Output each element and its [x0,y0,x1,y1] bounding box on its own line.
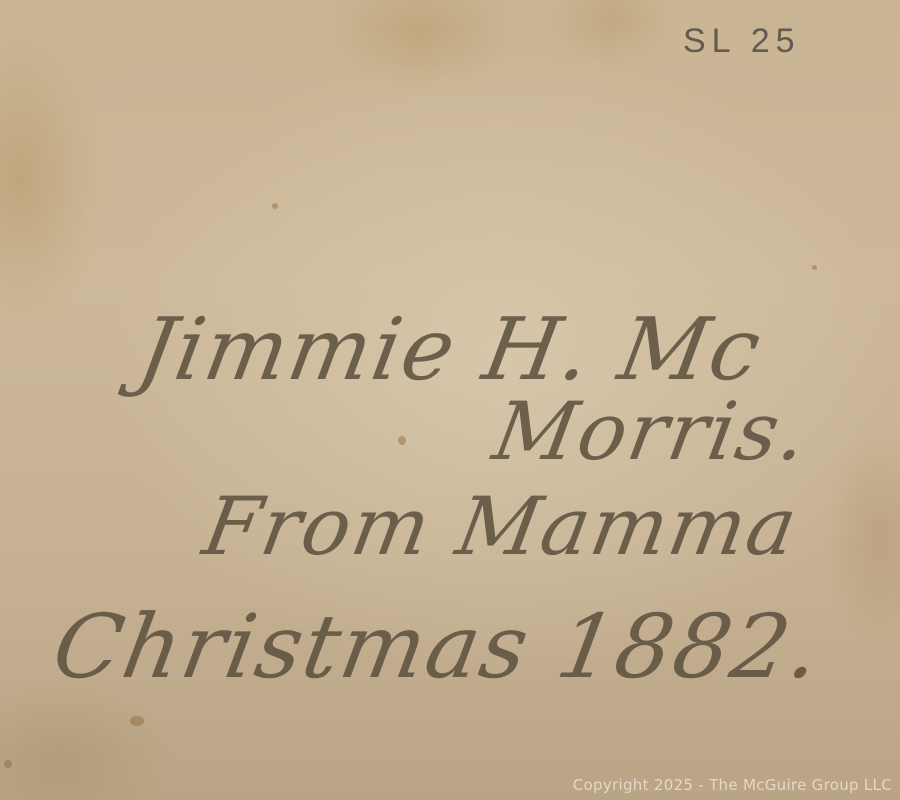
foxing-spot [398,436,406,445]
inscription-date-line: Christmas 1882. [46,595,830,698]
inscription-from-line: From Mamma [197,480,806,573]
foxing-spot [812,265,817,270]
copyright-watermark: Copyright 2025 - The McGuire Group LLC [573,776,892,794]
foxing-spot [4,760,12,768]
foxing-spot [272,203,278,209]
aged-paper-page: SL 25 Jimmie H. Mc Morris. From Mamma Ch… [0,0,900,800]
foxing-spot [130,716,144,726]
pencil-note: SL 25 [683,22,801,61]
inscription-surname-line: Morris. [487,385,816,478]
